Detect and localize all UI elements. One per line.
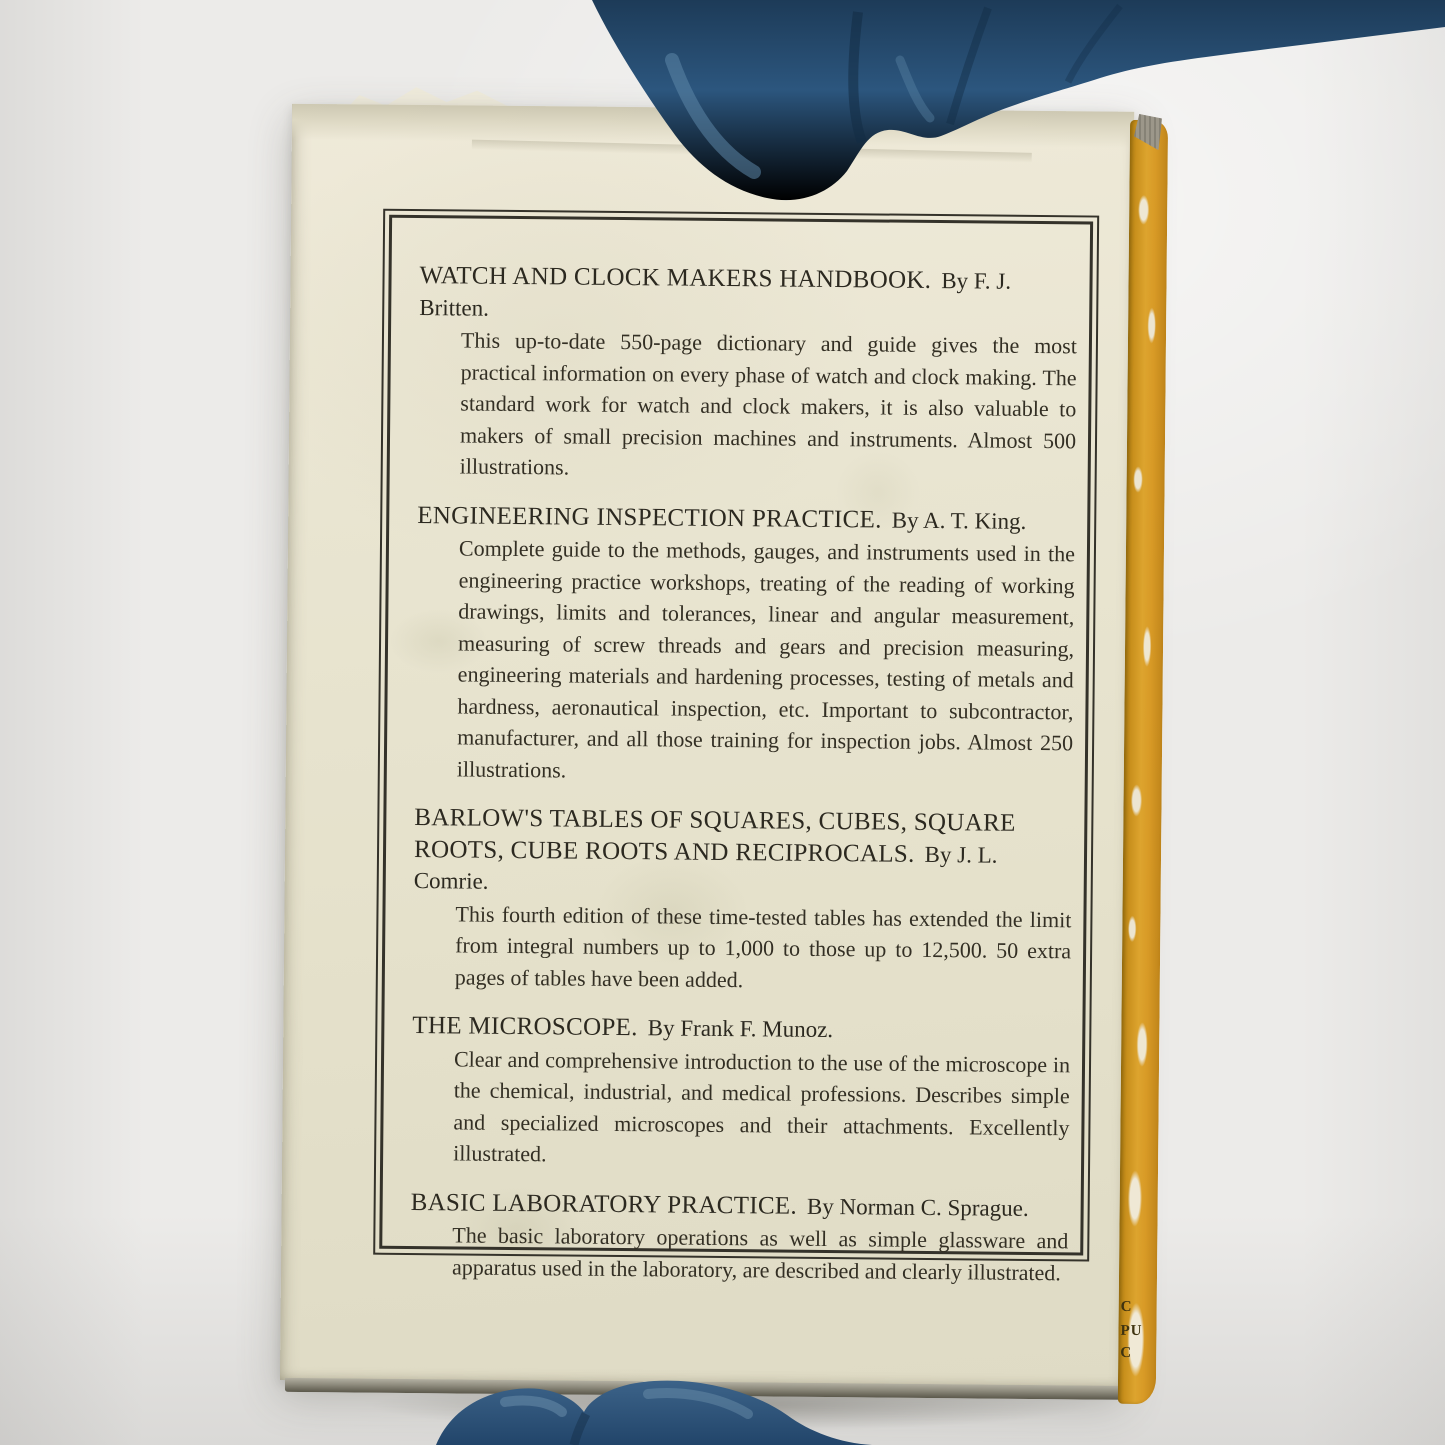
spine-letter: PU: [1120, 1324, 1150, 1339]
book-listing: THE MICROSCOPE.By Frank F. Munoz. Clear …: [411, 1010, 1070, 1175]
book-author: By A. T. King.: [892, 507, 1027, 533]
book-title: ENGINEERING INSPECTION PRACTICE.: [417, 502, 882, 533]
book-listing: ENGINEERING INSPECTION PRACTICE.By A. T.…: [415, 500, 1076, 791]
book-author: By Norman C. Sprague.: [807, 1193, 1029, 1220]
book-description: The basic laboratory operations as well …: [452, 1219, 1069, 1288]
spine-letter: C: [1120, 1346, 1150, 1361]
book-heading: WATCH AND CLOCK MAKERS HANDBOOK.By F. J.…: [419, 260, 1078, 329]
book-description: This fourth edition of these time-tested…: [455, 898, 1072, 998]
book-description: This up-to-date 550-page dictionary and …: [460, 324, 1077, 487]
book-title: BASIC LABORATORY PRACTICE.: [411, 1189, 798, 1220]
publisher-book-list: WATCH AND CLOCK MAKERS HANDBOOK.By F. J.…: [382, 218, 1090, 1253]
book-heading: THE MICROSCOPE.By Frank F. Munoz.: [412, 1010, 1070, 1048]
book-title: WATCH AND CLOCK MAKERS HANDBOOK.: [419, 262, 931, 294]
book-listing: BARLOW'S TABLES OF SQUARES, CUBES, SQUAR…: [413, 802, 1073, 998]
book-heading: BASIC LABORATORY PRACTICE.By Norman C. S…: [411, 1187, 1069, 1225]
book-back-cover: WATCH AND CLOCK MAKERS HANDBOOK.By F. J.…: [280, 104, 1168, 1404]
printed-border-frame-inner: WATCH AND CLOCK MAKERS HANDBOOK.By F. J.…: [379, 215, 1093, 1256]
book-title: THE MICROSCOPE.: [412, 1012, 638, 1041]
book-listing: WATCH AND CLOCK MAKERS HANDBOOK.By F. J.…: [418, 260, 1078, 488]
dust-jacket-back-panel: WATCH AND CLOCK MAKERS HANDBOOK.By F. J.…: [280, 104, 1134, 1388]
book-description: Complete guide to the methods, gauges, a…: [457, 532, 1075, 790]
book-listing: BASIC LABORATORY PRACTICE.By Norman C. S…: [410, 1187, 1069, 1289]
photo-scene: WATCH AND CLOCK MAKERS HANDBOOK.By F. J.…: [0, 0, 1445, 1445]
printed-border-frame: WATCH AND CLOCK MAKERS HANDBOOK.By F. J.…: [373, 209, 1099, 1262]
book-heading: BARLOW'S TABLES OF SQUARES, CUBES, SQUAR…: [414, 802, 1073, 903]
jacket-top-crease: [292, 104, 1134, 148]
book-description: Clear and comprehensive introduction to …: [453, 1043, 1070, 1175]
spine-letter: C: [1121, 1300, 1151, 1315]
book-author: By Frank F. Munoz.: [648, 1015, 834, 1042]
book-heading: ENGINEERING INSPECTION PRACTICE.By A. T.…: [417, 500, 1075, 538]
